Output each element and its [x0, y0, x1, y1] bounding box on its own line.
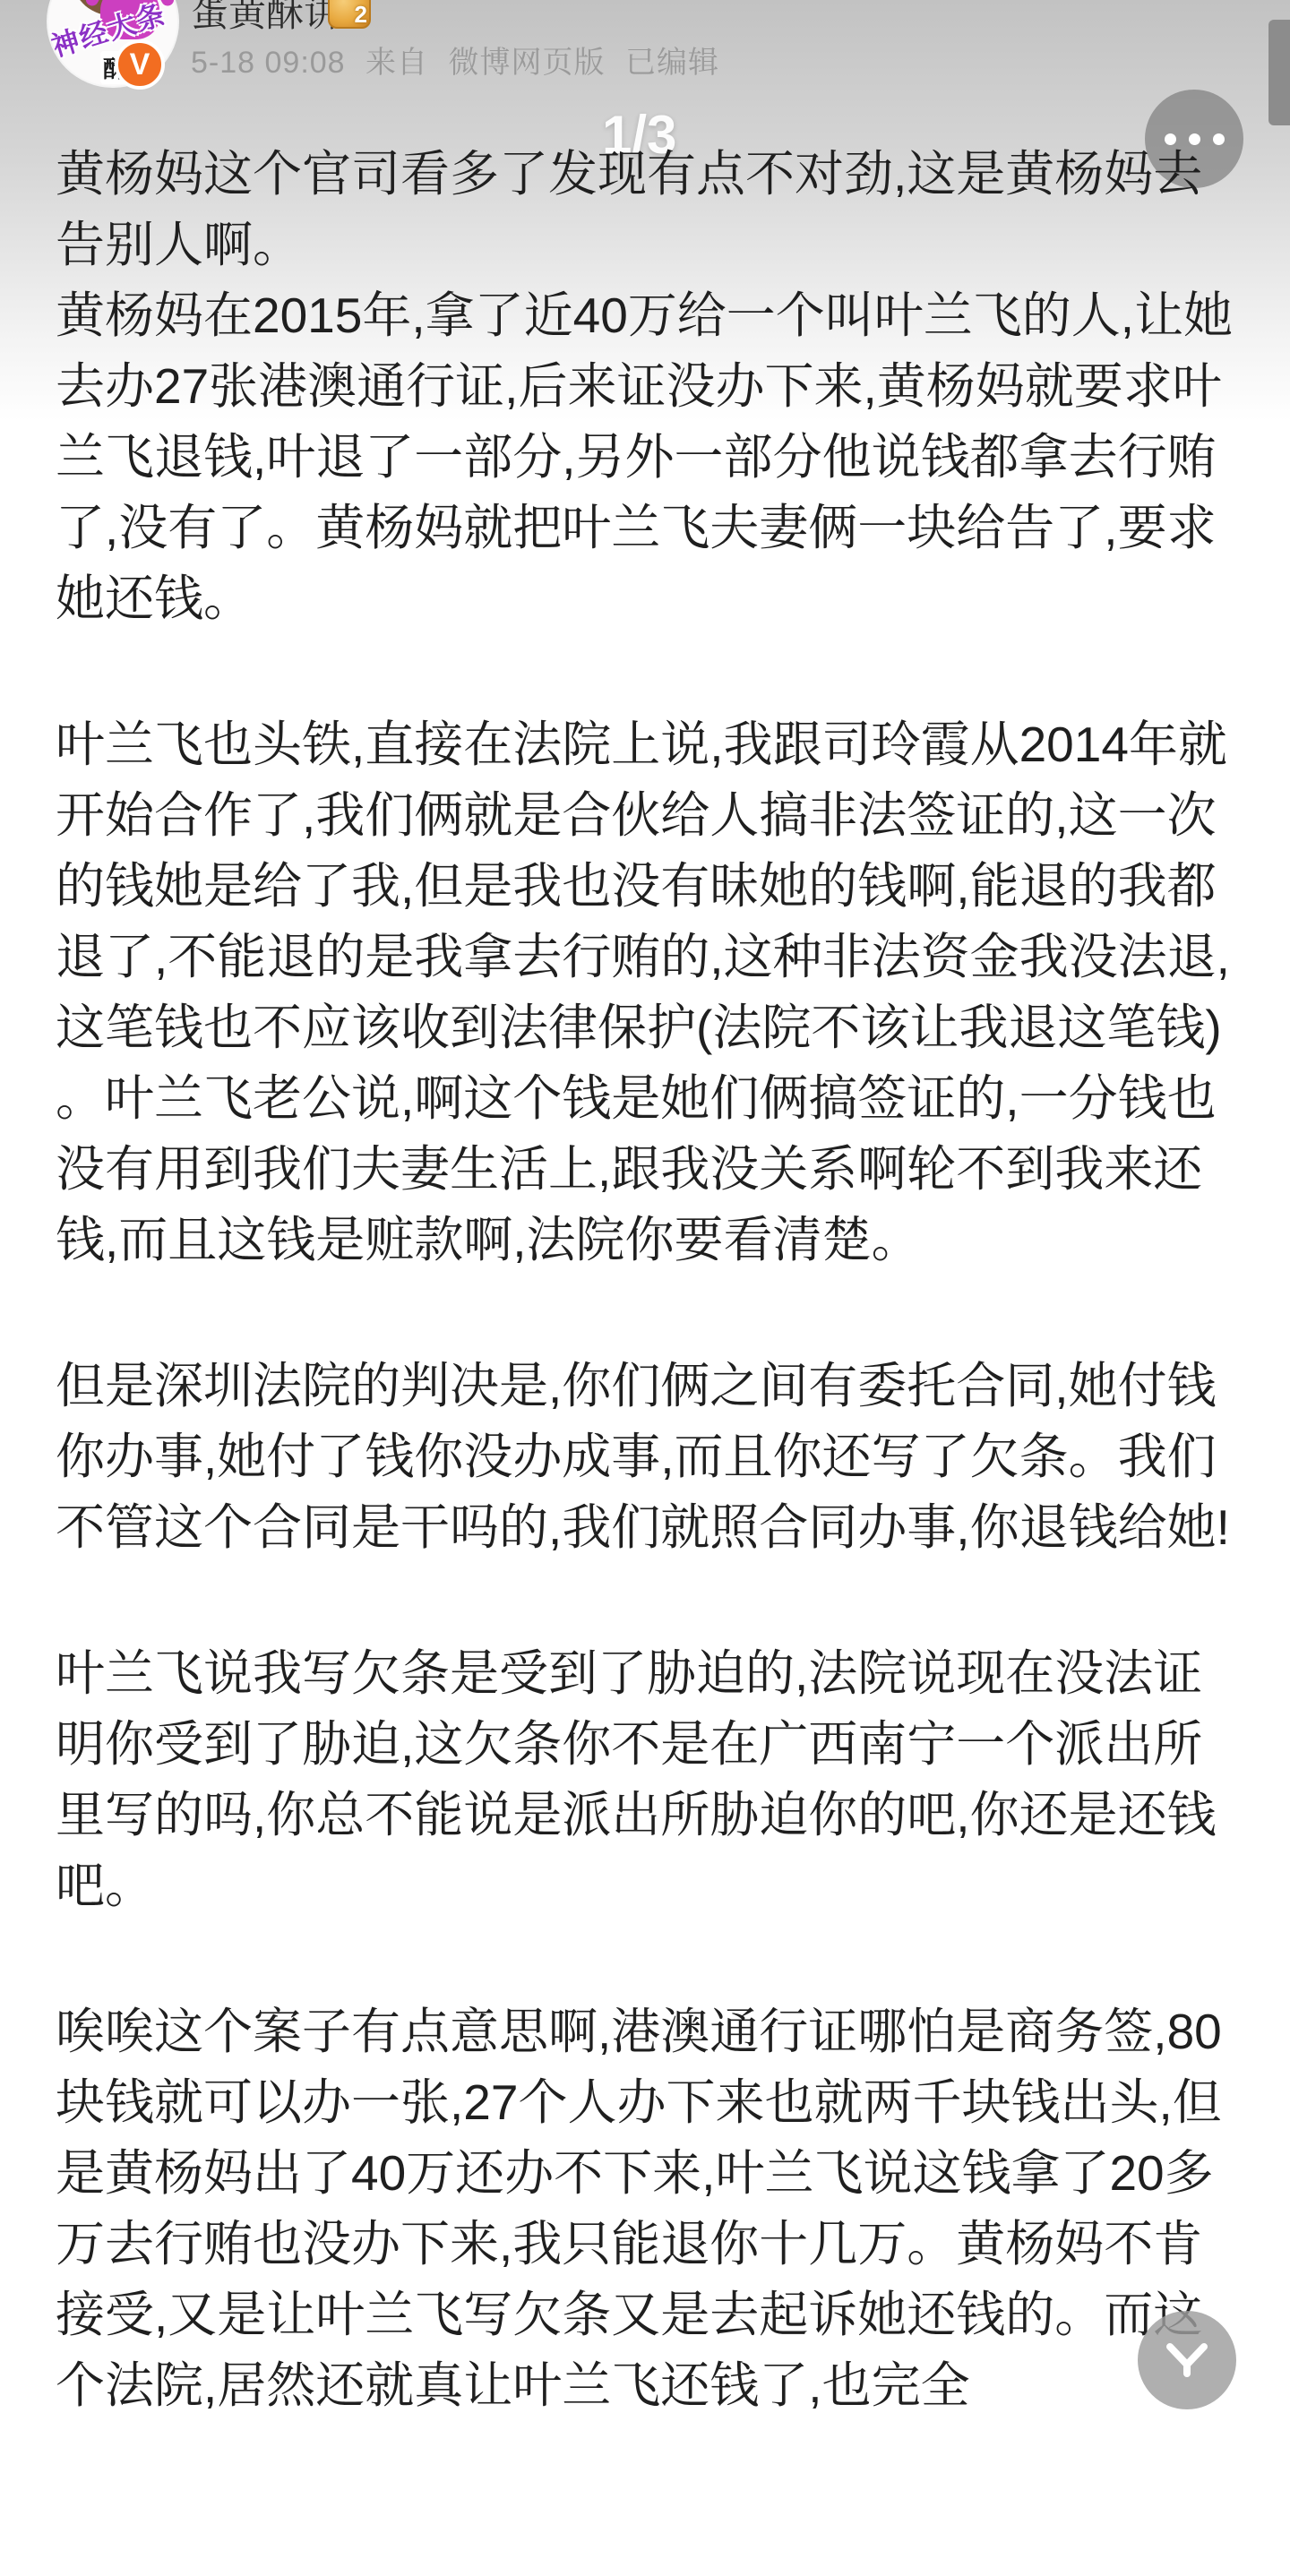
- post-meta-line: 5-18 09:08 来自 微博网页版 已编辑: [191, 38, 730, 82]
- post-paragraph: 唉唉这个案子有点意思啊,港澳通行证哪怕是商务签,80块钱就可以办一张,27个人办…: [56, 1996, 1238, 2421]
- edited-badge: 已编辑: [625, 46, 719, 80]
- scroll-down-button[interactable]: [1138, 2311, 1236, 2409]
- post-paragraph: 但是深圳法院的判决是,你们俩之间有委托合同,她付钱你办事,她付了钱你没办成事,而…: [56, 1351, 1238, 1563]
- timestamp: 5-18 09:08: [191, 46, 346, 80]
- medal-badge-icon: 2: [328, 0, 371, 29]
- chevron-down-icon: [1163, 2343, 1211, 2377]
- post-paragraph: 叶兰飞说我写欠条是受到了胁迫的,法院说现在没法证明你受到了胁迫,这欠条你不是在广…: [56, 1638, 1238, 1921]
- scrollbar-thumb[interactable]: [1268, 20, 1290, 125]
- post-text: 黄杨妈这个官司看多了发现有点不对劲,这是黄杨妈去告别人啊。 黄杨妈在2015年,…: [56, 139, 1238, 2421]
- weibo-post-page: 神经大条 酥饼 V 蛋黄酥讲Y 2 5-18 09:08 来自 微博网页版 已编…: [0, 0, 1290, 2576]
- source-link[interactable]: 微博网页版: [449, 46, 606, 80]
- verified-v-letter: V: [130, 47, 150, 82]
- post-paragraph: 叶兰飞也头铁,直接在法院上说,我跟司玲霞从2014年就开始合作了,我们俩就是合伙…: [56, 709, 1238, 1275]
- medal-badge-number: 2: [355, 1, 367, 29]
- post-paragraph: 黄杨妈这个官司看多了发现有点不对劲,这是黄杨妈去告别人啊。: [56, 139, 1238, 280]
- verified-v-icon: V: [115, 39, 165, 90]
- post-paragraph: 黄杨妈在2015年,拿了近40万给一个叫叶兰飞的人,让她去办27张港澳通行证,后…: [56, 280, 1238, 634]
- from-label: 来自: [365, 46, 428, 80]
